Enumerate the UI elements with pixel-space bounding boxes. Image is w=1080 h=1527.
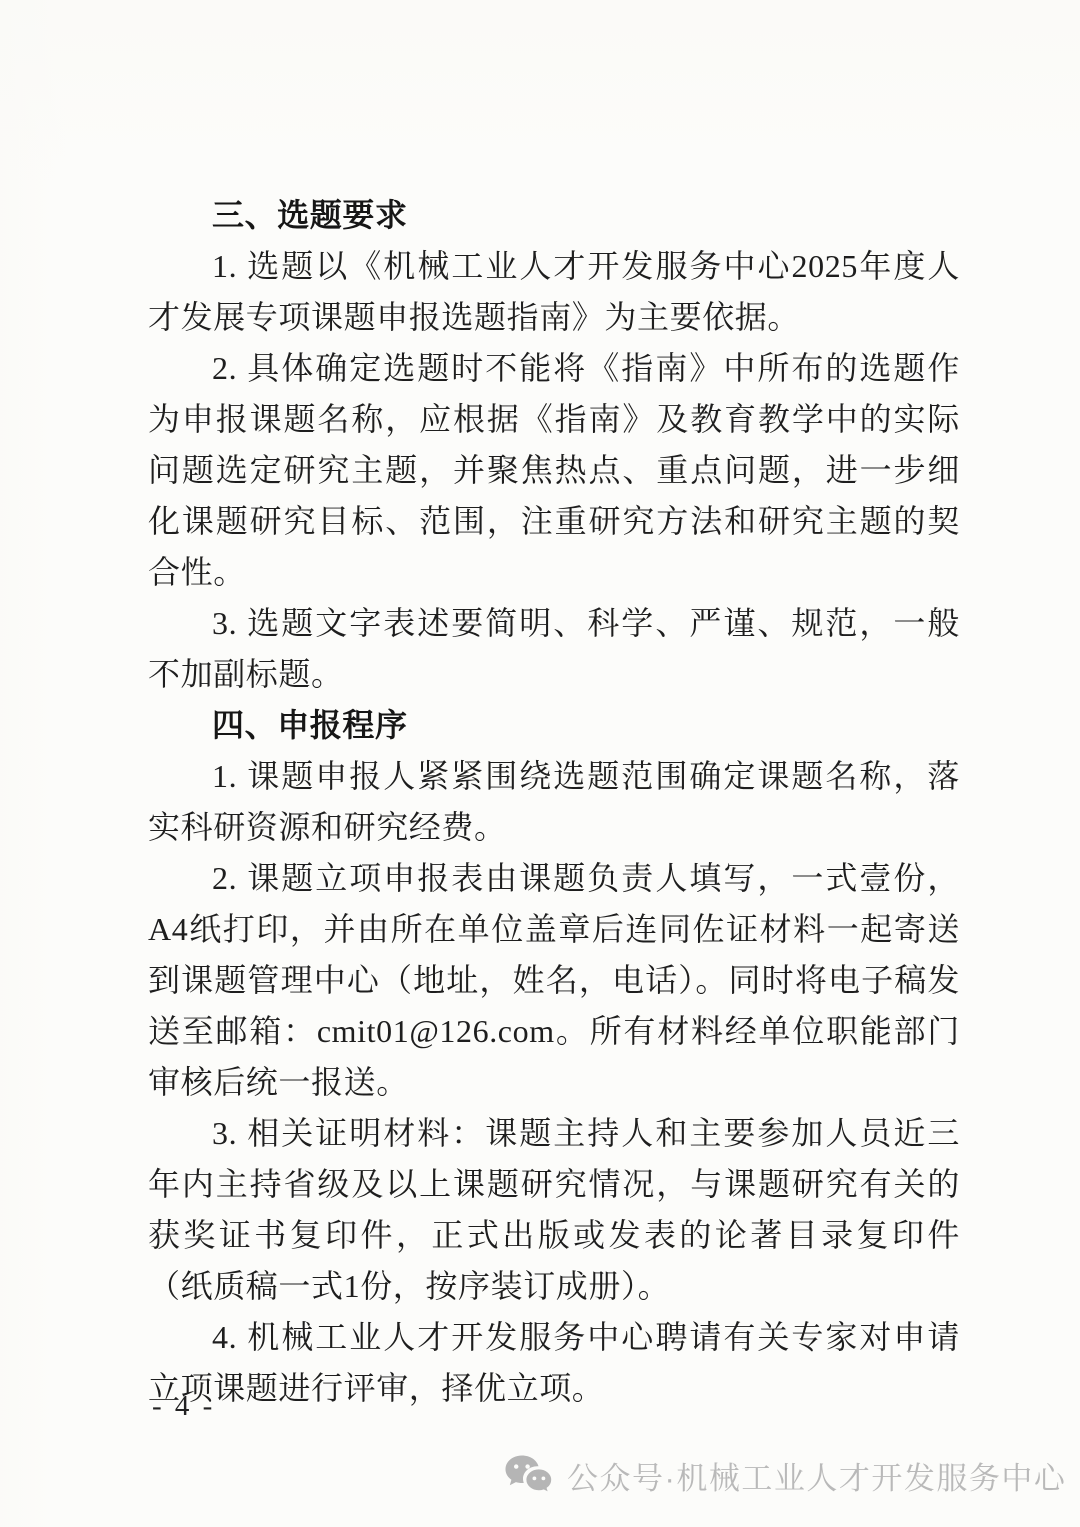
paragraph-topic-req-3: 3. 选题文字表述要简明、科学、严谨、规范，一般不加副标题。 [148, 598, 960, 700]
wechat-footer: 公众号·机械工业人才开发服务中心 [505, 1453, 1066, 1498]
section-heading-topic-requirements: 三、选题要求 [148, 190, 960, 241]
paragraph-procedure-2: 2. 课题立项申报表由课题负责人填写，一式壹份，A4纸打印，并由所在单位盖章后连… [148, 853, 960, 1108]
paragraph-topic-req-1: 1. 选题以《机械工业人才开发服务中心2025年度人才发展专项课题申报选题指南》… [148, 241, 960, 343]
paragraph-procedure-4: 4. 机械工业人才开发服务中心聘请有关专家对申请立项课题进行评审，择优立项。 [148, 1312, 960, 1414]
page-number: - 4 - [152, 1390, 215, 1423]
section-heading-application-procedure: 四、申报程序 [148, 700, 960, 751]
paragraph-procedure-1: 1. 课题申报人紧紧围绕选题范围确定课题名称，落实科研资源和研究经费。 [148, 751, 960, 853]
wechat-account-label: 公众号·机械工业人才开发服务中心 [567, 1453, 1066, 1498]
paragraph-topic-req-2: 2. 具体确定选题时不能将《指南》中所布的选题作为申报课题名称，应根据《指南》及… [148, 343, 960, 598]
document-body: 三、选题要求 1. 选题以《机械工业人才开发服务中心2025年度人才发展专项课题… [148, 190, 960, 1414]
paragraph-procedure-3: 3. 相关证明材料：课题主持人和主要参加人员近三年内主持省级及以上课题研究情况，… [148, 1108, 960, 1312]
document-page: 三、选题要求 1. 选题以《机械工业人才开发服务中心2025年度人才发展专项课题… [0, 0, 1080, 1527]
wechat-icon [505, 1454, 553, 1498]
